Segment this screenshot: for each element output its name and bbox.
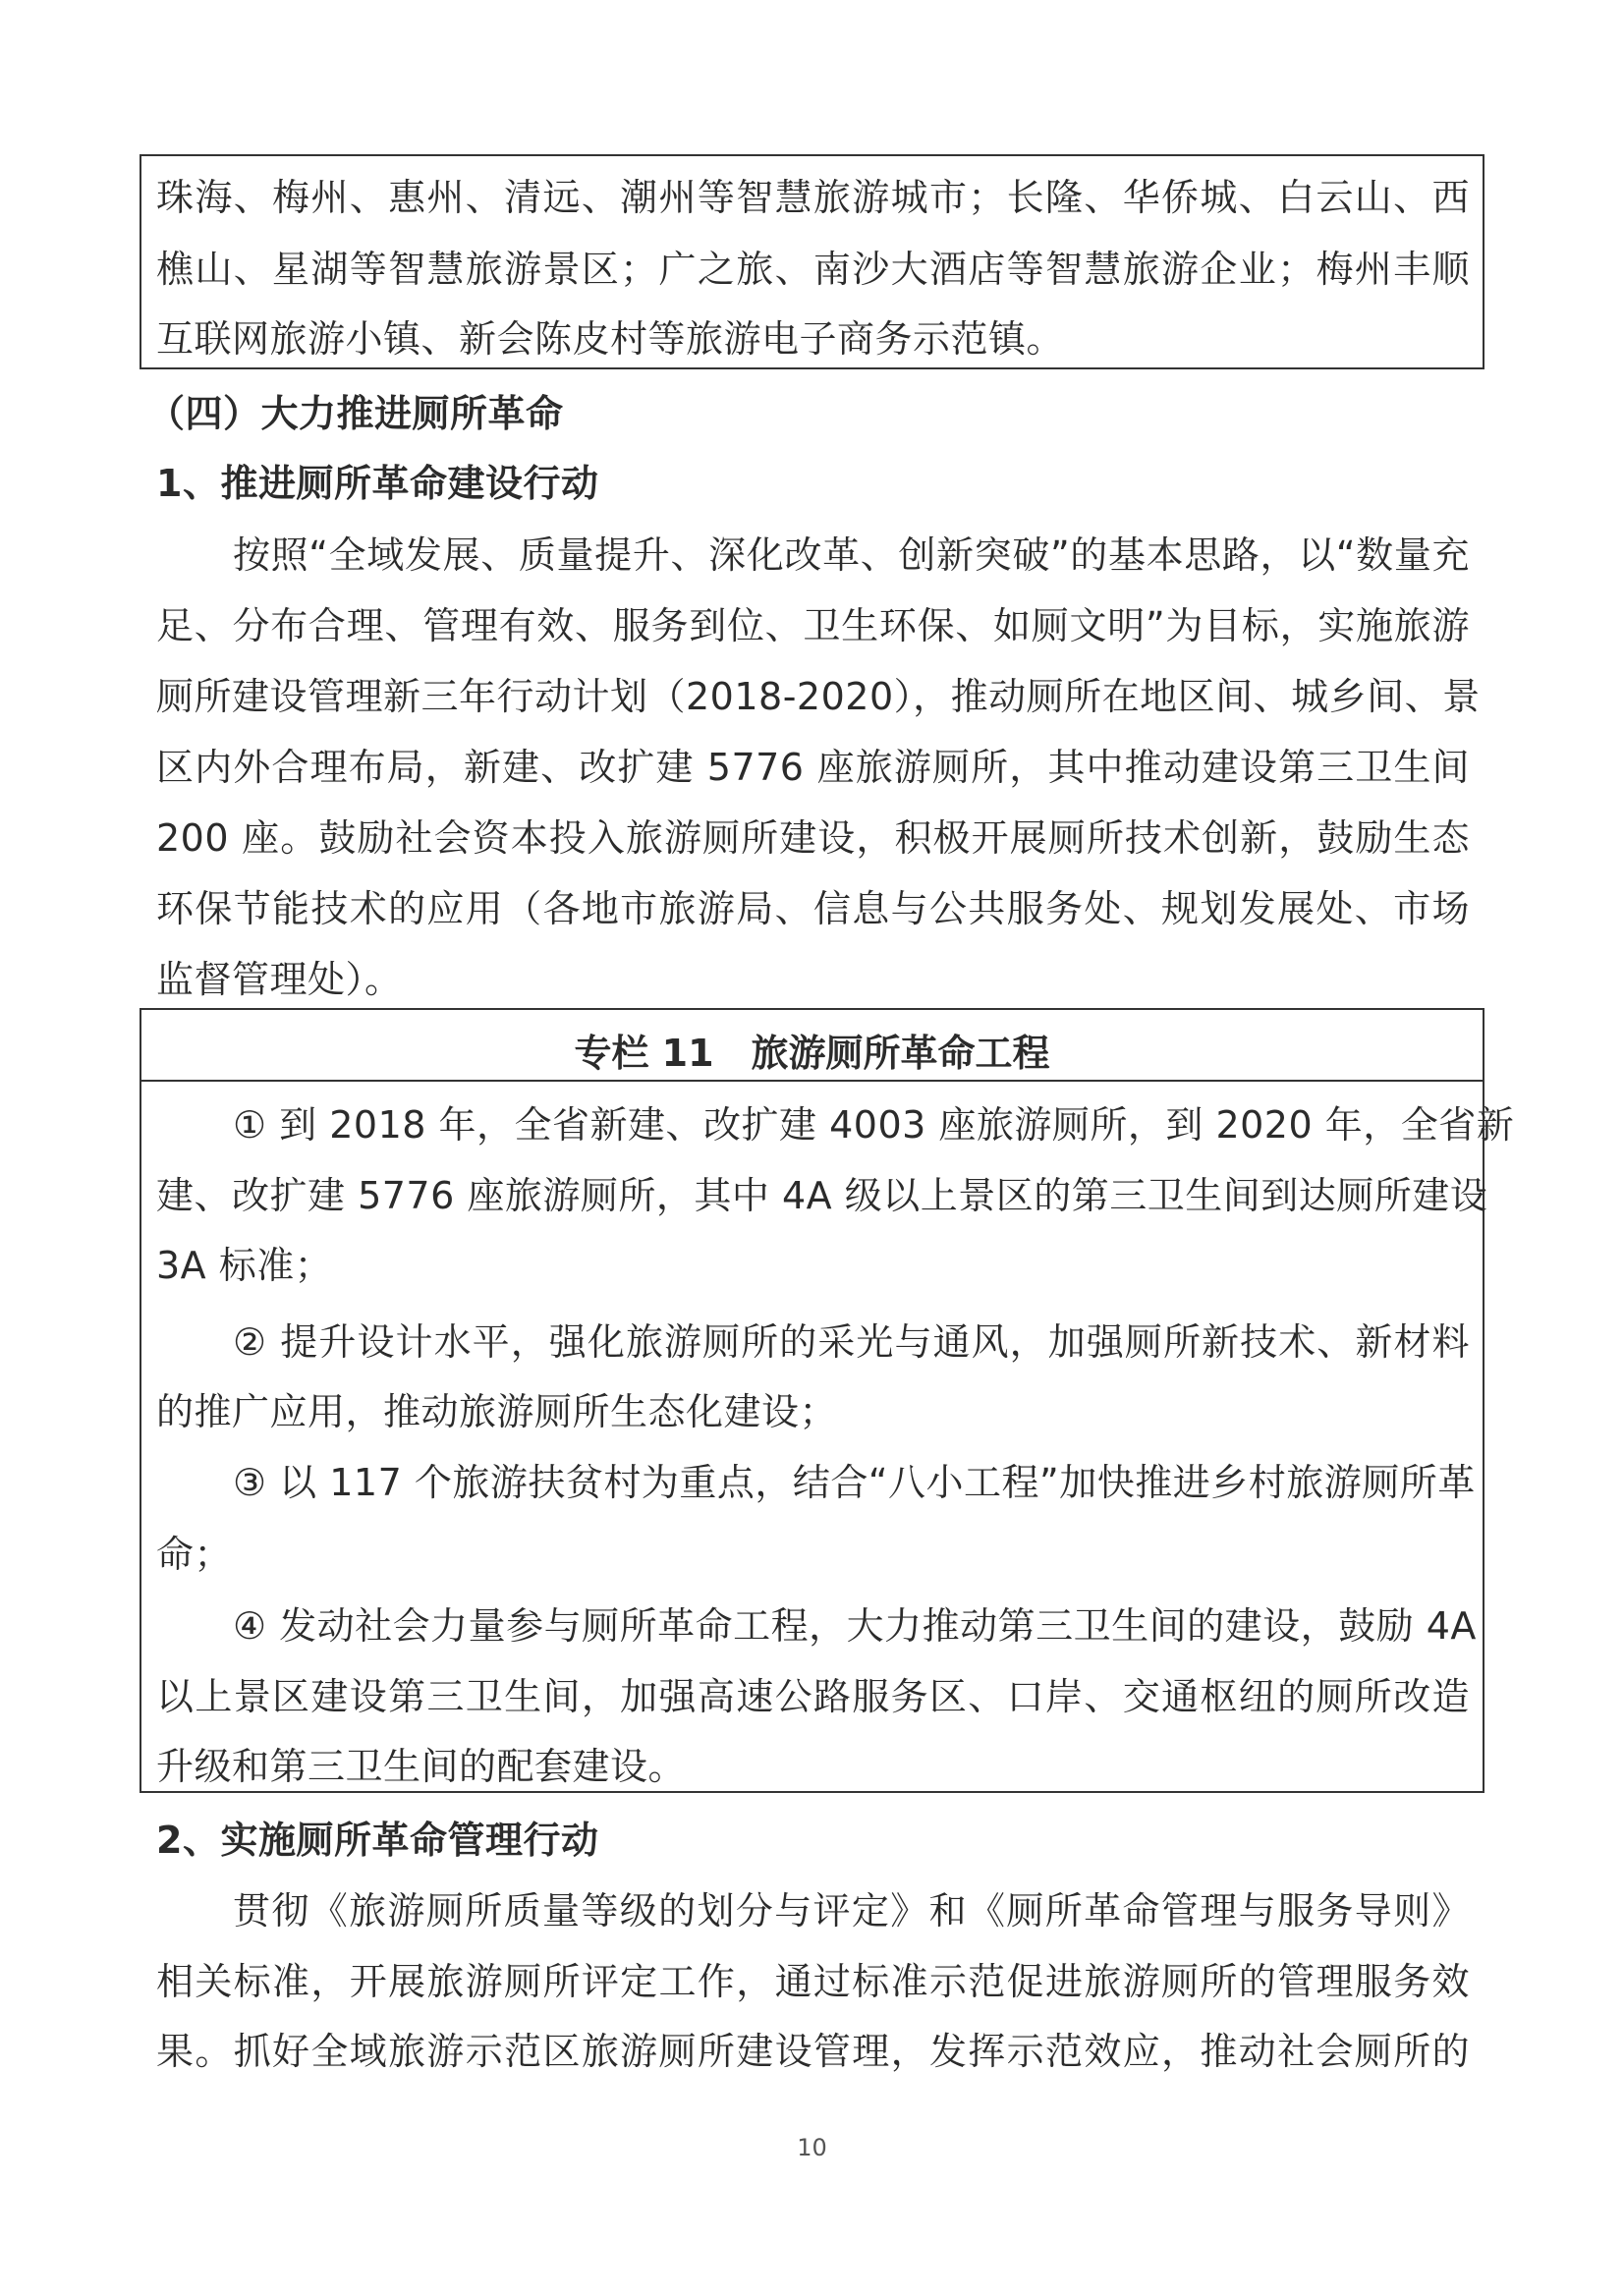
- paragraph-line: 按照“全域发展、质量提升、深化改革、创新突破”的基本思路，以“数量充: [233, 532, 1470, 578]
- top-box-line: 互联网旅游小镇、新会陈皮村等旅游电子商务示范镇。: [156, 316, 1064, 362]
- column-item-line: 升级和第三卫生间的配套建设。: [156, 1744, 686, 1789]
- column-item-line: 命；: [156, 1532, 232, 1577]
- paragraph-line: 果。抓好全域旅游示范区旅游厕所建设管理，发挥示范效应，推动社会厕所的: [156, 2029, 1470, 2074]
- subsection-heading-1: 1、推进厕所革命建设行动: [156, 461, 598, 506]
- paragraph-line: 足、分布合理、管理有效、服务到位、卫生环保、如厕文明”为目标，实施旅游: [156, 603, 1470, 648]
- page-number: 10: [0, 2134, 1624, 2161]
- column-item-line: ③ 以 117 个旅游扶贫村为重点，结合“八小工程”加快推进乡村旅游厕所革: [233, 1460, 1470, 1505]
- paragraph-line: 环保节能技术的应用（各地市旅游局、信息与公共服务处、规划发展处、市场: [156, 886, 1470, 931]
- column-item-line: 3A 标准；: [156, 1243, 332, 1288]
- top-box-line: 樵山、星湖等智慧旅游景区；广之旅、南沙大酒店等智慧旅游企业；梅州丰顺: [156, 247, 1470, 292]
- column-item-line: ① 到 2018 年，全省新建、改扩建 4003 座旅游厕所，到 2020 年，…: [233, 1102, 1470, 1148]
- paragraph-line: 厕所建设管理新三年行动计划（2018-2020），推动厕所在地区间、城乡间、景: [156, 674, 1470, 719]
- column-item-line: 建、改扩建 5776 座旅游厕所，其中 4A 级以上景区的第三卫生间到达厕所建设: [156, 1173, 1470, 1218]
- paragraph-line: 监督管理处）。: [156, 957, 403, 1002]
- column-item-line: ④ 发动社会力量参与厕所革命工程，大力推动第三卫生间的建设，鼓励 4A: [233, 1603, 1470, 1649]
- paragraph-line: 区内外合理布局，新建、改扩建 5776 座旅游厕所，其中推动建设第三卫生间: [156, 745, 1470, 790]
- paragraph-line: 相关标准，开展旅游厕所评定工作，通过标准示范促进旅游厕所的管理服务效: [156, 1959, 1470, 2004]
- column-item-line: ② 提升设计水平，强化旅游厕所的采光与通风，加强厕所新技术、新材料: [233, 1319, 1470, 1365]
- column-box-title: 专栏 11 旅游厕所革命工程: [140, 1031, 1484, 1076]
- top-box-line: 珠海、梅州、惠州、清远、潮州等智慧旅游城市；长隆、华侨城、白云山、西: [156, 175, 1470, 220]
- column-item-line: 以上景区建设第三卫生间，加强高速公路服务区、口岸、交通枢纽的厕所改造: [156, 1674, 1470, 1719]
- column-box-title-divider: [140, 1080, 1484, 1082]
- paragraph-line: 200 座。鼓励社会资本投入旅游厕所建设，积极开展厕所技术创新，鼓励生态: [156, 815, 1470, 861]
- column-item-line: 的推广应用，推动旅游厕所生态化建设；: [156, 1389, 837, 1434]
- section-heading: （四）大力推进厕所革命: [147, 391, 564, 436]
- paragraph-line: 贯彻《旅游厕所质量等级的划分与评定》和《厕所革命管理与服务导则》: [233, 1888, 1470, 1933]
- subsection-heading-2: 2、实施厕所革命管理行动: [156, 1818, 598, 1863]
